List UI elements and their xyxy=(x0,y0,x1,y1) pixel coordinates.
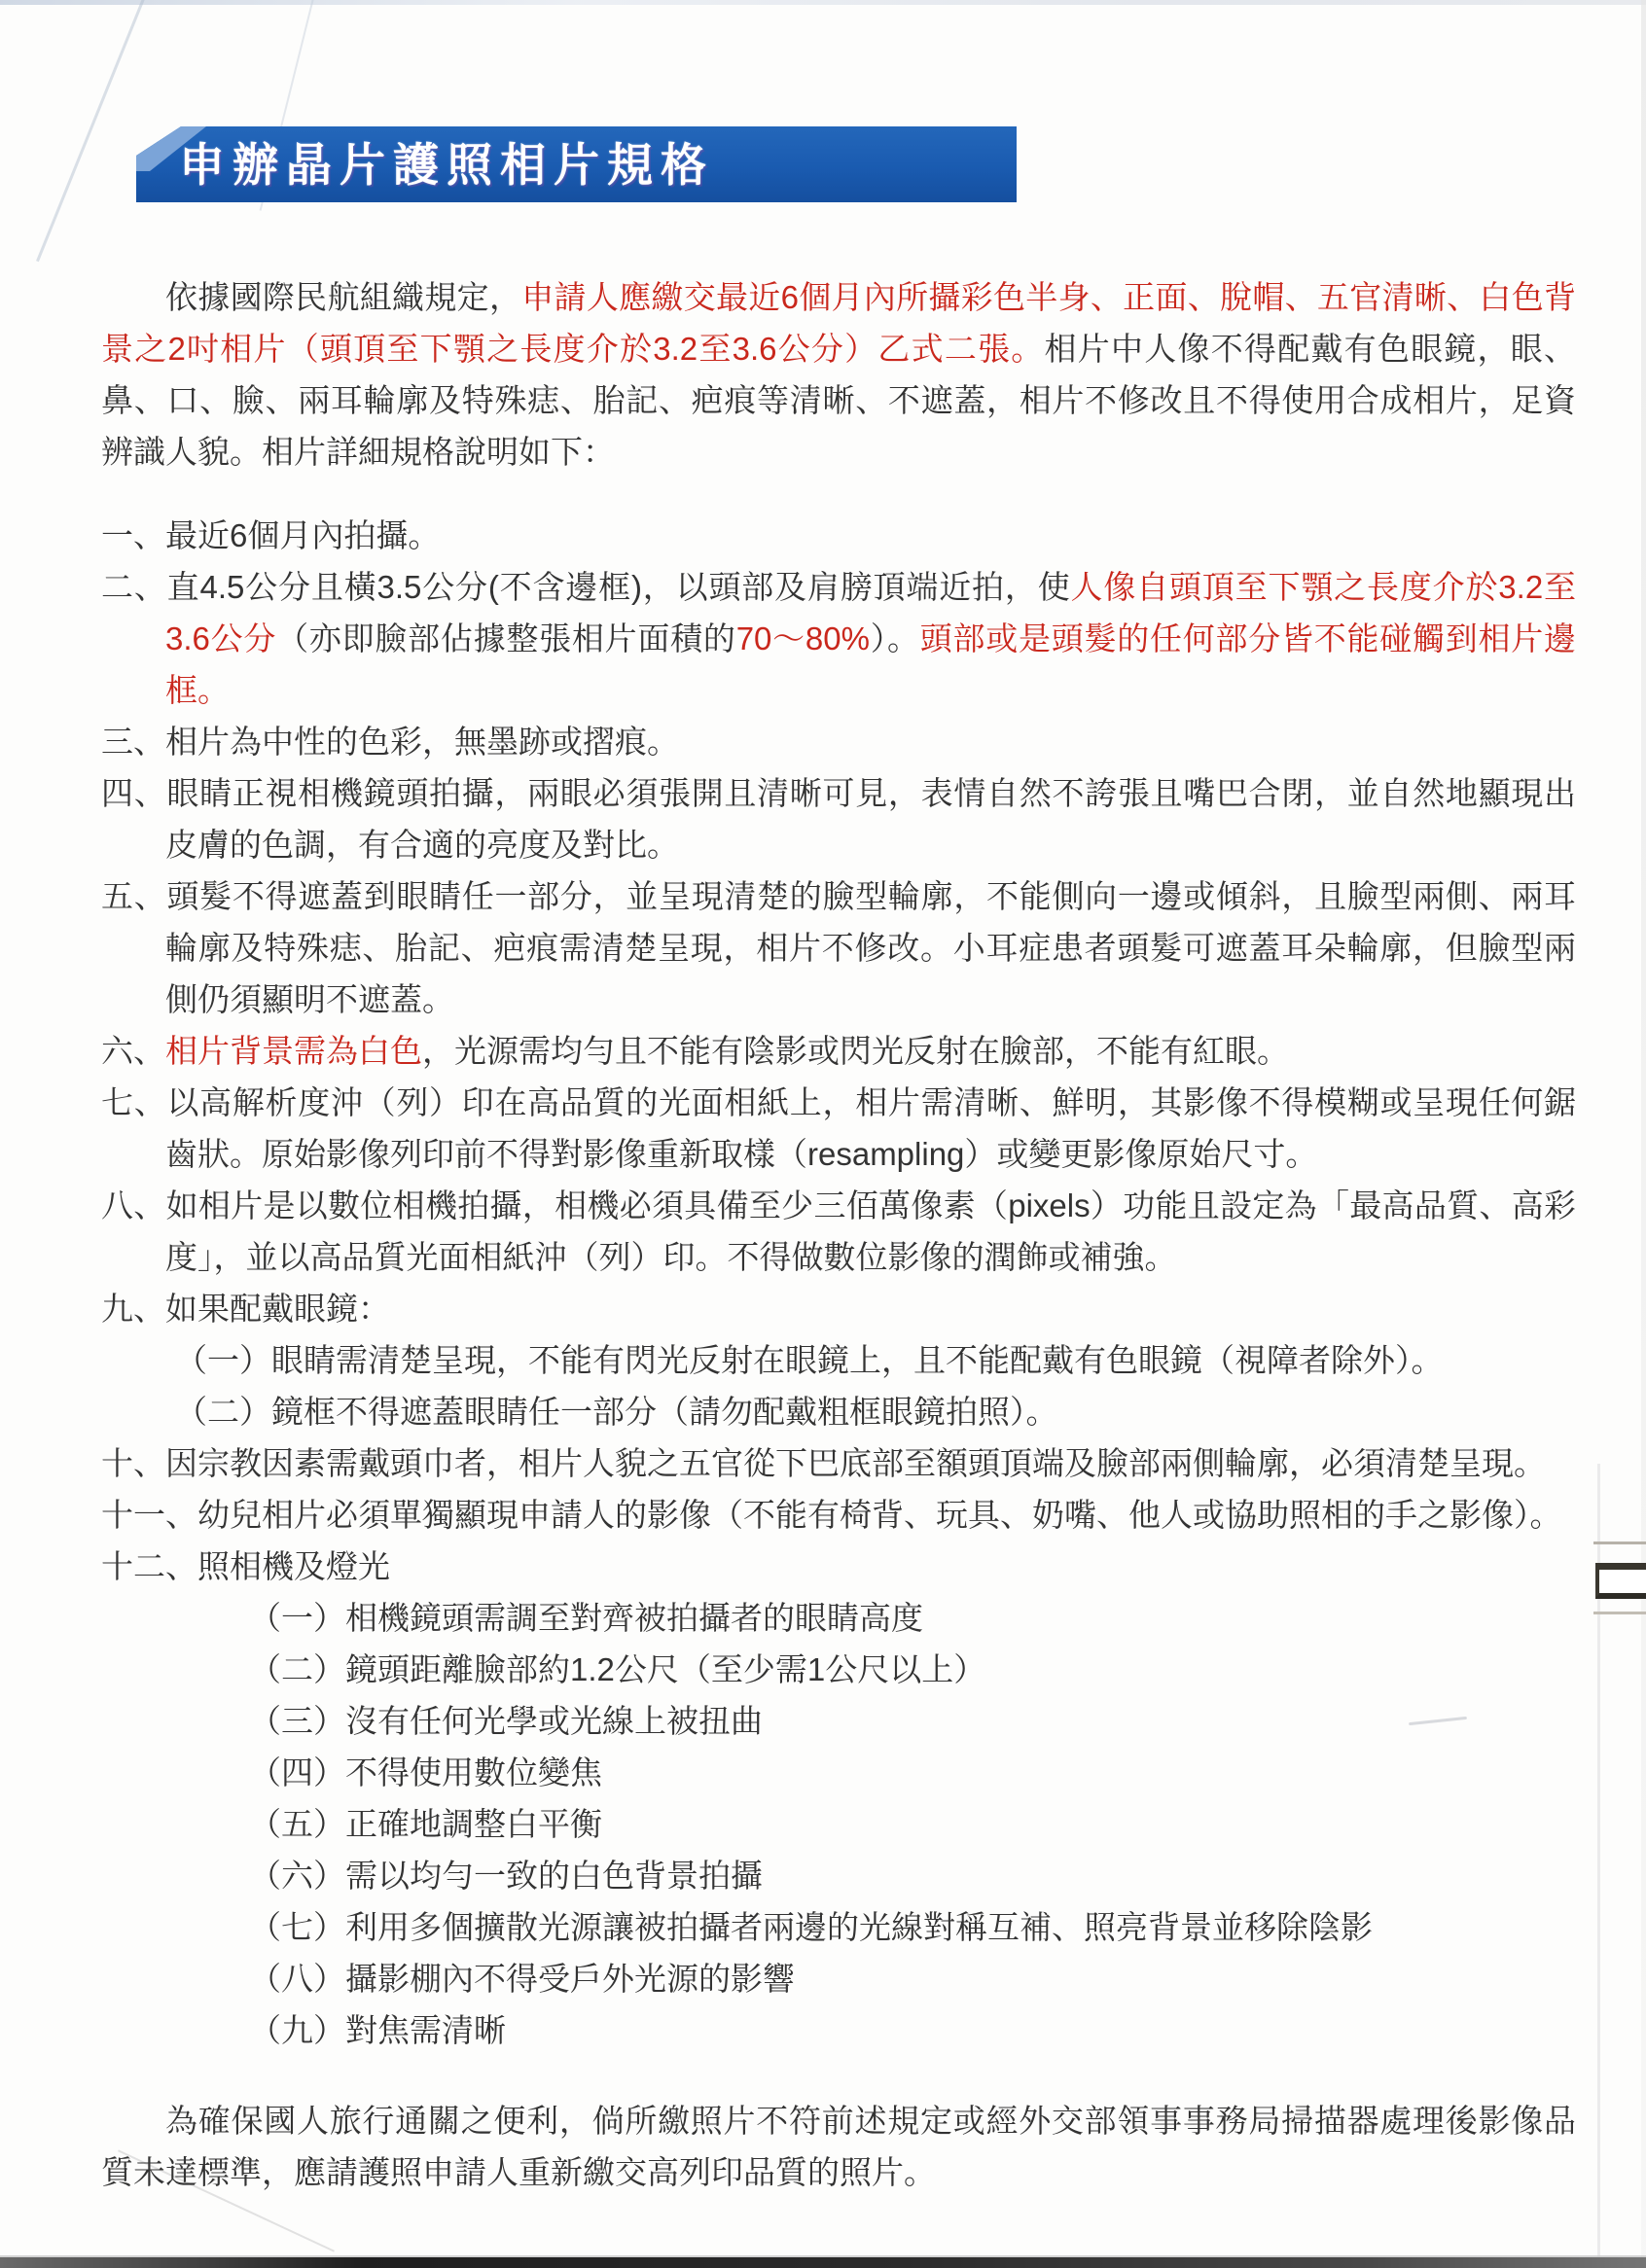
spec-item-7: 七、以高解析度沖（列）印在高品質的光面相紙上，相片需清晰、鮮明，其影像不得模糊或… xyxy=(101,1077,1576,1180)
spec-item-11: 十一、幼兒相片必須單獨顯現申請人的影像（不能有椅背、玩具、奶嘴、他人或協助照相的… xyxy=(101,1489,1576,1541)
spec-item-1: 一、最近6個月內拍攝。 xyxy=(101,510,1576,561)
item-1-number: 一、 xyxy=(101,517,165,553)
text-segment-black: 如果配戴眼鏡： xyxy=(165,1291,390,1327)
spec-subitem-12-5: （五）正確地調整白平衡 xyxy=(101,1798,1576,1850)
text-segment-black: （亦即臉部佔據整張相片面積的 xyxy=(276,620,736,656)
text-segment-black: 因宗教因素需戴頭巾者，相片人貌之五官從下巴底部至額頭頂端及臉部兩側輪廓，必須清楚… xyxy=(165,1445,1546,1481)
spec-item-12: 十二、照相機及燈光 xyxy=(101,1541,1576,1592)
spec-subitem-12-1: （一）相機鏡頭需調至對齊被拍攝者的眼睛高度 xyxy=(101,1592,1576,1644)
item-10-text: 因宗教因素需戴頭巾者，相片人貌之五官從下巴底部至額頭頂端及臉部兩側輪廓，必須清楚… xyxy=(165,1445,1546,1481)
subitem-9-2-number: （二） xyxy=(175,1394,271,1430)
text-segment-black: ）。 xyxy=(870,620,920,656)
subitem-12-4-text: 不得使用數位變焦 xyxy=(345,1754,602,1790)
item-12-text: 照相機及燈光 xyxy=(197,1548,390,1584)
binder-hole-rect xyxy=(1595,1563,1646,1599)
binder-hole-top-line xyxy=(1593,1542,1646,1544)
item-11-text: 幼兒相片必須單獨顯現申請人的影像（不能有椅背、玩具、奶嘴、他人或協助照相的手之影… xyxy=(197,1497,1562,1533)
spec-item-8: 八、如相片是以數位相機拍攝，相機必須具備至少三佰萬像素（pixels）功能且設定… xyxy=(101,1180,1576,1283)
spec-item-5: 五、頭髮不得遮蓋到眼睛任一部分，並呈現清楚的臉型輪廓，不能側向一邊或傾斜，且臉型… xyxy=(101,870,1576,1025)
title-banner: 申辦晶片護照相片規格 xyxy=(136,126,1017,202)
scan-bottom-edge xyxy=(0,2257,1646,2268)
spec-subitem-12-3: （三）沒有任何光學或光線上被扭曲 xyxy=(101,1695,1576,1747)
text-segment-red: 相片背景需為白色 xyxy=(165,1033,422,1069)
binder-hole-bottom-line xyxy=(1593,1612,1646,1614)
subitem-12-5-text: 正確地調整白平衡 xyxy=(345,1806,602,1842)
item-8-text: 如相片是以數位相機拍攝，相機必須具備至少三佰萬像素（pixels）功能且設定為「… xyxy=(165,1187,1576,1275)
item-7-text: 以高解析度沖（列）印在高品質的光面相紙上，相片需清晰、鮮明，其影像不得模糊或呈現… xyxy=(165,1084,1576,1172)
spec-item-9: 九、如果配戴眼鏡： xyxy=(101,1283,1576,1334)
text-segment-black: 相片為中性的色彩，無墨跡或摺痕。 xyxy=(165,724,679,760)
closing-paragraph: 為確保國人旅行通關之便利，倘所繳照片不符前述規定或經外交部領事事務局掃描器處理後… xyxy=(101,2095,1576,2198)
text-segment-black: 幼兒相片必須單獨顯現申請人的影像（不能有椅背、玩具、奶嘴、他人或協助照相的手之影… xyxy=(197,1497,1562,1533)
text-segment-black: 依據國際民航組織規定， xyxy=(165,279,521,315)
subitem-12-9-number: （九） xyxy=(249,2012,345,2048)
subitem-12-2-number: （二） xyxy=(249,1651,345,1687)
scan-top-edge xyxy=(0,0,1646,5)
subitem-12-4-number: （四） xyxy=(249,1754,345,1790)
text-segment-black: 眼睛需清楚呈現，不能有閃光反射在眼鏡上，且不能配戴有色眼鏡（視障者除外）。 xyxy=(271,1342,1444,1378)
document-body: 依據國際民航組織規定，申請人應繳交最近6個月內所攝彩色半身、正面、脫帽、五官清晰… xyxy=(101,239,1576,2230)
document-title: 申辦晶片護照相片規格 xyxy=(179,126,714,202)
item-4-number: 四、 xyxy=(101,775,166,811)
subitem-12-2-text: 鏡頭距離臉部約1.2公尺（至少需1公尺以上） xyxy=(345,1651,985,1687)
text-segment-black: 相機鏡頭需調至對齊被拍攝者的眼睛高度 xyxy=(345,1600,923,1636)
item-12-number: 十二、 xyxy=(101,1548,197,1584)
text-segment-black: 如相片是以數位相機拍攝，相機必須具備至少三佰萬像素（pixels）功能且設定為「… xyxy=(165,1187,1576,1275)
subitem-9-1-number: （一） xyxy=(175,1342,271,1378)
subitem-12-8-number: （八） xyxy=(249,1961,345,1997)
text-segment-black: 為確保國人旅行通關之便利，倘所繳照片不符前述規定或經外交部領事事務局掃描器處理後… xyxy=(101,2103,1576,2190)
text-segment-black: 頭髮不得遮蓋到眼睛任一部分，並呈現清楚的臉型輪廓，不能側向一邊或傾斜，且臉型兩側… xyxy=(165,878,1576,1017)
item-5-number: 五、 xyxy=(101,878,166,914)
item-8-number: 八、 xyxy=(101,1187,166,1223)
item-1-text: 最近6個月內拍攝。 xyxy=(165,517,440,553)
text-segment-black: 正確地調整白平衡 xyxy=(345,1806,602,1842)
subitem-12-3-number: （三） xyxy=(249,1703,345,1739)
binder-hole xyxy=(1593,1542,1646,1623)
spec-subitem-9-2: （二）鏡框不得遮蓋眼睛任一部分（請勿配戴粗框眼鏡拍照）。 xyxy=(101,1386,1576,1437)
item-11-number: 十一、 xyxy=(101,1497,197,1533)
text-segment-black: 攝影棚內不得受戶外光源的影響 xyxy=(345,1961,795,1997)
text-segment-black: 鏡框不得遮蓋眼睛任一部分（請勿配戴粗框眼鏡拍照）。 xyxy=(271,1394,1058,1430)
spec-subitem-12-8: （八）攝影棚內不得受戶外光源的影響 xyxy=(101,1953,1576,2004)
text-segment-black: 眼睛正視相機鏡頭拍攝，兩眼必須張開且清晰可見，表情自然不誇張且嘴巴合閉，並自然地… xyxy=(165,775,1576,863)
spec-item-4: 四、眼睛正視相機鏡頭拍攝，兩眼必須張開且清晰可見，表情自然不誇張且嘴巴合閉，並自… xyxy=(101,767,1576,870)
text-segment-black: 照相機及燈光 xyxy=(197,1548,390,1584)
spec-item-2: 二、直4.5公分且橫3.5公分(不含邊框)，以頭部及肩膀頂端近拍，使人像自頭頂至… xyxy=(101,561,1576,716)
spec-item-6: 六、相片背景需為白色，光源需均勻且不能有陰影或閃光反射在臉部，不能有紅眼。 xyxy=(101,1025,1576,1077)
spec-subitem-9-1: （一）眼睛需清楚呈現，不能有閃光反射在眼鏡上，且不能配戴有色眼鏡（視障者除外）。 xyxy=(101,1334,1576,1386)
scanned-document-page: 申辦晶片護照相片規格 依據國際民航組織規定，申請人應繳交最近6個月內所攝彩色半身… xyxy=(0,0,1646,2268)
text-segment-black: 沒有任何光學或光線上被扭曲 xyxy=(345,1703,763,1739)
subitem-12-3-text: 沒有任何光學或光線上被扭曲 xyxy=(345,1703,763,1739)
subitem-9-2-text: 鏡框不得遮蓋眼睛任一部分（請勿配戴粗框眼鏡拍照）。 xyxy=(271,1394,1058,1430)
text-segment-black: 直4.5公分且橫3.5公分(不含邊框)，以頭部及肩膀頂端近拍，使 xyxy=(167,569,1071,605)
subitem-9-1-text: 眼睛需清楚呈現，不能有閃光反射在眼鏡上，且不能配戴有色眼鏡（視障者除外）。 xyxy=(271,1342,1444,1378)
item-2-number: 二、 xyxy=(101,569,167,605)
intro-paragraph: 依據國際民航組織規定，申請人應繳交最近6個月內所攝彩色半身、正面、脫帽、五官清晰… xyxy=(101,271,1576,478)
spec-subitem-12-9: （九）對焦需清晰 xyxy=(101,2004,1576,2056)
item-6-text: 相片背景需為白色，光源需均勻且不能有陰影或閃光反射在臉部，不能有紅眼。 xyxy=(165,1033,1289,1069)
subitem-12-7-text: 利用多個擴散光源讓被拍攝者兩邊的光線對稱互補、照亮背景並移除陰影 xyxy=(345,1909,1373,1945)
text-segment-black: 最近6個月內拍攝。 xyxy=(165,517,440,553)
item-10-number: 十、 xyxy=(101,1445,165,1481)
subitem-12-9-text: 對焦需清晰 xyxy=(345,2012,506,2048)
subitem-12-1-text: 相機鏡頭需調至對齊被拍攝者的眼睛高度 xyxy=(345,1600,923,1636)
subitem-12-1-number: （一） xyxy=(249,1600,345,1636)
text-segment-black: 以高解析度沖（列）印在高品質的光面相紙上，相片需清晰、鮮明，其影像不得模糊或呈現… xyxy=(165,1084,1576,1172)
text-segment-black: 不得使用數位變焦 xyxy=(345,1754,602,1790)
item-6-number: 六、 xyxy=(101,1033,165,1069)
scan-right-edge xyxy=(1641,0,1646,2268)
item-4-text: 眼睛正視相機鏡頭拍攝，兩眼必須張開且清晰可見，表情自然不誇張且嘴巴合閉，並自然地… xyxy=(165,775,1576,863)
text-segment-black: 鏡頭距離臉部約1.2公尺（至少需1公尺以上） xyxy=(345,1651,985,1687)
text-segment-black: 需以均勻一致的白色背景拍攝 xyxy=(345,1858,763,1894)
item-3-text: 相片為中性的色彩，無墨跡或摺痕。 xyxy=(165,724,679,760)
subitem-12-6-text: 需以均勻一致的白色背景拍攝 xyxy=(345,1858,763,1894)
spec-item-3: 三、相片為中性的色彩，無墨跡或摺痕。 xyxy=(101,716,1576,767)
item-9-number: 九、 xyxy=(101,1291,165,1327)
spec-subitem-12-2: （二）鏡頭距離臉部約1.2公尺（至少需1公尺以上） xyxy=(101,1644,1576,1695)
item-9-text: 如果配戴眼鏡： xyxy=(165,1291,390,1327)
spec-subitem-12-6: （六）需以均勻一致的白色背景拍攝 xyxy=(101,1850,1576,1901)
spec-subitem-12-4: （四）不得使用數位變焦 xyxy=(101,1747,1576,1798)
item-7-number: 七、 xyxy=(101,1084,166,1120)
spec-item-10: 十、因宗教因素需戴頭巾者，相片人貌之五官從下巴底部至額頭頂端及臉部兩側輪廓，必須… xyxy=(101,1437,1576,1489)
subitem-12-6-number: （六） xyxy=(249,1858,345,1894)
item-2-text: 直4.5公分且橫3.5公分(不含邊框)，以頭部及肩膀頂端近拍，使人像自頭頂至下顎… xyxy=(165,569,1576,708)
spec-subitem-12-7: （七）利用多個擴散光源讓被拍攝者兩邊的光線對稱互補、照亮背景並移除陰影 xyxy=(101,1901,1576,1953)
subitem-12-8-text: 攝影棚內不得受戶外光源的影響 xyxy=(345,1961,795,1997)
item-3-number: 三、 xyxy=(101,724,165,760)
paper-crease-top-left-1 xyxy=(36,0,152,262)
subitem-12-7-number: （七） xyxy=(249,1909,345,1945)
text-segment-red: 70～80% xyxy=(736,620,870,656)
text-segment-black: 對焦需清晰 xyxy=(345,2012,506,2048)
item-5-text: 頭髮不得遮蓋到眼睛任一部分，並呈現清楚的臉型輪廓，不能側向一邊或傾斜，且臉型兩側… xyxy=(165,878,1576,1017)
text-segment-black: 利用多個擴散光源讓被拍攝者兩邊的光線對稱互補、照亮背景並移除陰影 xyxy=(345,1909,1373,1945)
subitem-12-5-number: （五） xyxy=(249,1806,345,1842)
text-segment-black: ，光源需均勻且不能有陰影或閃光反射在臉部，不能有紅眼。 xyxy=(422,1033,1289,1069)
